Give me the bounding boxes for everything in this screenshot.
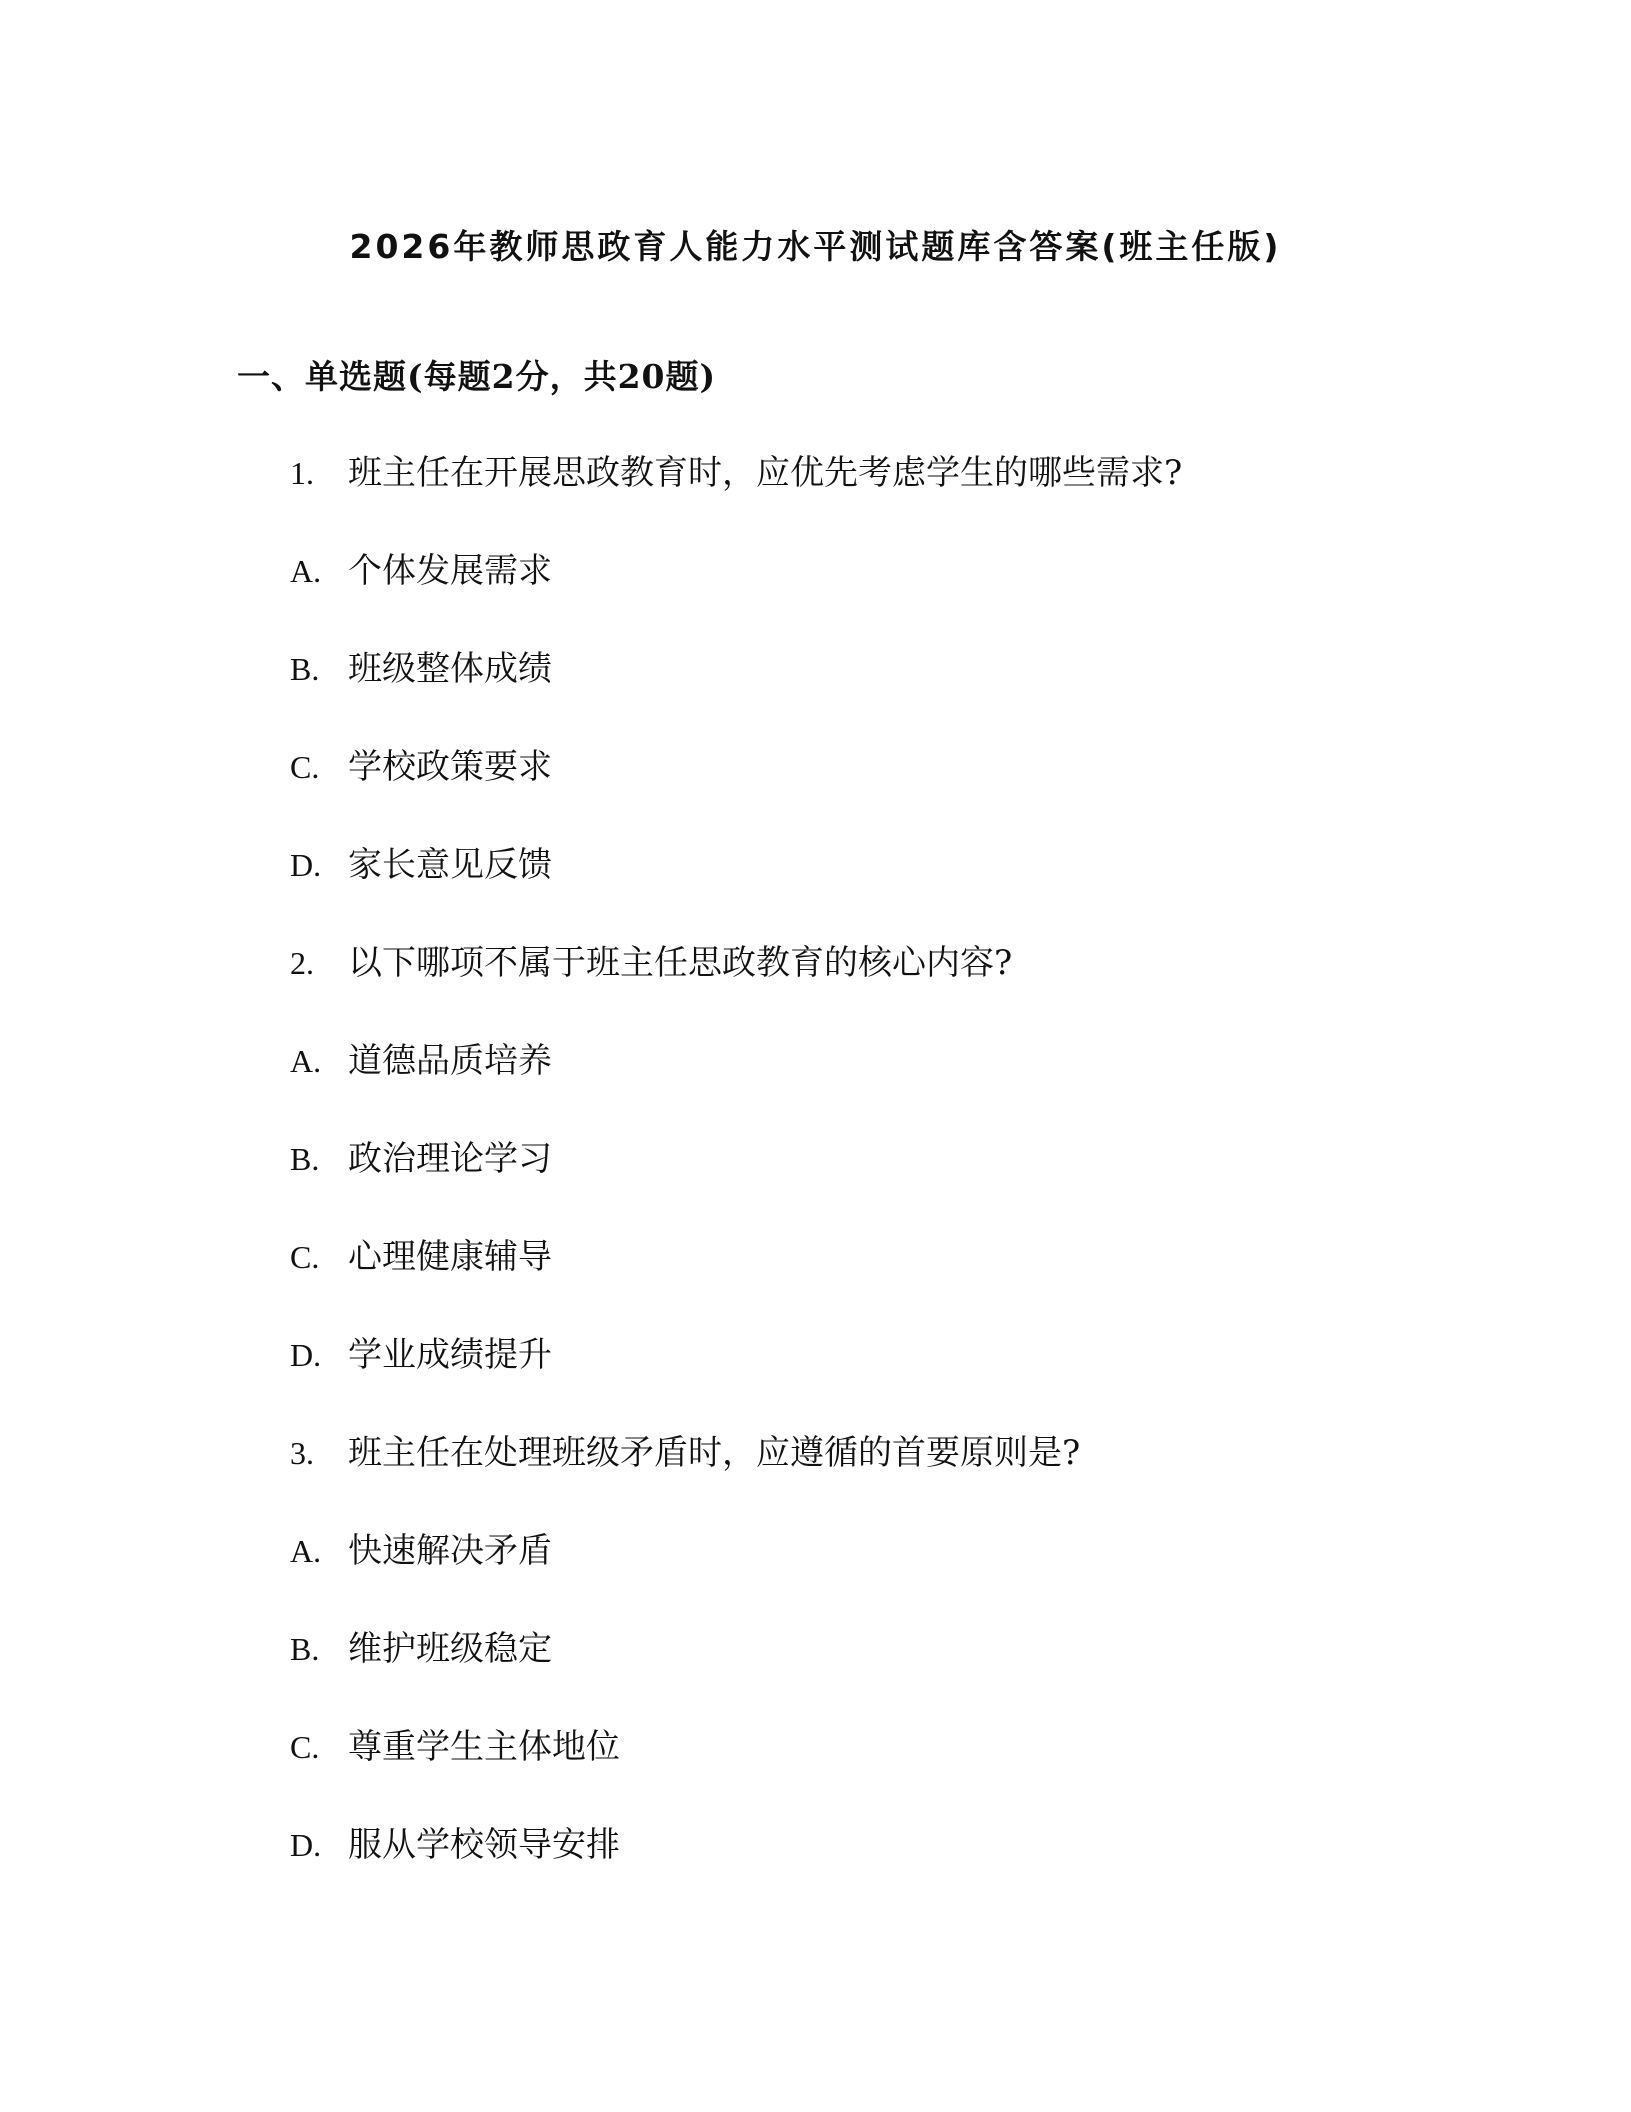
question-text: 以下哪项不属于班主任思政教育的核心内容? bbox=[348, 938, 1012, 988]
question-number: 2. bbox=[290, 938, 348, 988]
section-heading: 一、单选题(每题2分，共20题) bbox=[237, 352, 716, 402]
question-2-option-c: C. 心理健康辅导 bbox=[290, 1232, 552, 1282]
question-number: 3. bbox=[290, 1428, 348, 1478]
question-text: 班主任在开展思政教育时，应优先考虑学生的哪些需求? bbox=[348, 448, 1182, 498]
question-1-option-b: B. 班级整体成绩 bbox=[290, 644, 552, 694]
question-3: 3. 班主任在处理班级矛盾时，应遵循的首要原则是? bbox=[290, 1428, 1080, 1478]
option-label: D. bbox=[290, 1330, 348, 1380]
option-text: 快速解决矛盾 bbox=[348, 1526, 552, 1576]
option-text: 道德品质培养 bbox=[348, 1036, 552, 1086]
option-text: 家长意见反馈 bbox=[348, 840, 552, 890]
question-1-option-c: C. 学校政策要求 bbox=[290, 742, 552, 792]
option-text: 个体发展需求 bbox=[348, 546, 552, 596]
question-3-option-c: C. 尊重学生主体地位 bbox=[290, 1722, 620, 1772]
question-3-option-b: B. 维护班级稳定 bbox=[290, 1624, 552, 1674]
question-text: 班主任在处理班级矛盾时，应遵循的首要原则是? bbox=[348, 1428, 1080, 1478]
option-label: B. bbox=[290, 1624, 348, 1674]
option-text: 学校政策要求 bbox=[348, 742, 552, 792]
option-label: B. bbox=[290, 1134, 348, 1184]
option-text: 班级整体成绩 bbox=[348, 644, 552, 694]
question-3-option-a: A. 快速解决矛盾 bbox=[290, 1526, 552, 1576]
option-label: B. bbox=[290, 644, 348, 694]
option-label: D. bbox=[290, 840, 348, 890]
question-1-option-d: D. 家长意见反馈 bbox=[290, 840, 552, 890]
option-text: 学业成绩提升 bbox=[348, 1330, 552, 1380]
option-label: A. bbox=[290, 1036, 348, 1086]
option-text: 政治理论学习 bbox=[348, 1134, 552, 1184]
question-number: 1. bbox=[290, 448, 348, 498]
option-label: A. bbox=[290, 546, 348, 596]
option-label: C. bbox=[290, 1232, 348, 1282]
question-1-option-a: A. 个体发展需求 bbox=[290, 546, 552, 596]
question-3-option-d: D. 服从学校领导安排 bbox=[290, 1820, 620, 1870]
question-2-option-a: A. 道德品质培养 bbox=[290, 1036, 552, 1086]
question-1: 1. 班主任在开展思政教育时，应优先考虑学生的哪些需求? bbox=[290, 448, 1182, 498]
option-text: 维护班级稳定 bbox=[348, 1624, 552, 1674]
option-label: A. bbox=[290, 1526, 348, 1576]
document-title: 2026年教师思政育人能力水平测试题库含答案(班主任版) bbox=[0, 222, 1631, 272]
option-text: 尊重学生主体地位 bbox=[348, 1722, 620, 1772]
option-text: 心理健康辅导 bbox=[348, 1232, 552, 1282]
option-text: 服从学校领导安排 bbox=[348, 1820, 620, 1870]
option-label: C. bbox=[290, 742, 348, 792]
question-2-option-d: D. 学业成绩提升 bbox=[290, 1330, 552, 1380]
option-label: D. bbox=[290, 1820, 348, 1870]
question-2: 2. 以下哪项不属于班主任思政教育的核心内容? bbox=[290, 938, 1012, 988]
question-2-option-b: B. 政治理论学习 bbox=[290, 1134, 552, 1184]
document-page: 2026年教师思政育人能力水平测试题库含答案(班主任版) 一、单选题(每题2分，… bbox=[0, 0, 1631, 2112]
option-label: C. bbox=[290, 1722, 348, 1772]
